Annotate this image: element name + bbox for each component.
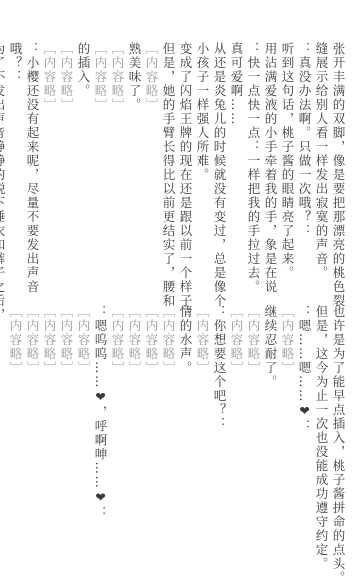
text-column: ［内容略］ (8, 305, 23, 555)
text-column: ［内容略］ (195, 305, 210, 555)
text-column: ［内容略］ (246, 305, 261, 555)
text-column: ［内容略］ (110, 305, 125, 555)
text-column: ：你想要这个吧？： (212, 305, 227, 555)
text-column: 从还是炎兔儿的时候就没有变过，总是像个 (212, 42, 227, 277)
text-column: 真可爱啊…… (229, 42, 244, 277)
text-column: ［内容略］ (42, 305, 57, 555)
text-column: 熟美味了。 (127, 42, 142, 277)
text-column: 听到这句话，桃子酱的眼睛亮了起来。 (280, 42, 295, 277)
text-column: ［内容略］ (280, 305, 295, 555)
text-column: ［内容略］ (110, 42, 125, 277)
text-column: 继续忍耐了。 (263, 305, 278, 555)
text-column: 的插入。 (76, 42, 91, 277)
text-column: ［内容略］ (93, 42, 108, 277)
text-column: 哦？： (8, 42, 23, 277)
text-column: ［内容略］ (42, 42, 57, 277)
text-column: ［内容略］ (25, 305, 40, 555)
text-column: 张开丰满的双脚，像是要把那漂亮的桃色裂 (331, 42, 346, 277)
text-column: ［内容略］ (59, 42, 74, 277)
text-column: 但是，她的手臂长得比以前更结实了，腰和 (161, 42, 176, 277)
text-column: ：真没办法啊。只做一次哦？： (297, 42, 312, 277)
text-column: ：嗯……嗯……❤： (297, 305, 312, 555)
text-column: 变成了闪焰王牌的现在还是跟以前一个样子。 (178, 42, 193, 277)
text-column: ：嗯呜呜……❤，呼啊呻……❤： (93, 305, 108, 555)
text-column: ［内容略］ (229, 305, 244, 555)
text-column: ［内容略］ (59, 305, 74, 555)
bottom-text-block: 也许是为了能早点插入，桃子酱拼命的点头。但是，这今为止一次也没能成功遵守约定。：… (8, 305, 346, 555)
text-column: ：小樱还没有起来呢，尽量不要发出声音 (25, 42, 40, 277)
text-column: ［内容略］ (144, 42, 159, 277)
text-column: ［内容略］ (127, 305, 142, 555)
top-text-block: 张开丰满的双脚，像是要把那漂亮的桃色裂缝展示给别人看一样发出寂寞的声音。：真没办… (0, 42, 346, 277)
text-column: 也许是为了能早点插入，桃子酱拼命的点头。 (331, 305, 346, 555)
text-column: ［内容略］ (161, 305, 176, 555)
text-column: 情的水声。 (178, 305, 193, 555)
text-column: ：快一点快一点：一样把我的手拉过去。 (246, 42, 261, 277)
text-column: 小孩子一样强人所难。 (195, 42, 210, 277)
text-column: 为了不发出声音静静的脱下睡衣和裤子之后， (0, 42, 6, 277)
text-column: 但是，这今为止一次也没能成功遵守约定。 (314, 305, 329, 555)
text-column: 用沾满爱液的小手牵着我的手，象是在说 (263, 42, 278, 277)
text-column: ［内容略］ (144, 305, 159, 555)
text-column: ［内容略］ (76, 305, 91, 555)
text-column: 缝展示给别人看一样发出寂寞的声音。 (314, 42, 329, 277)
